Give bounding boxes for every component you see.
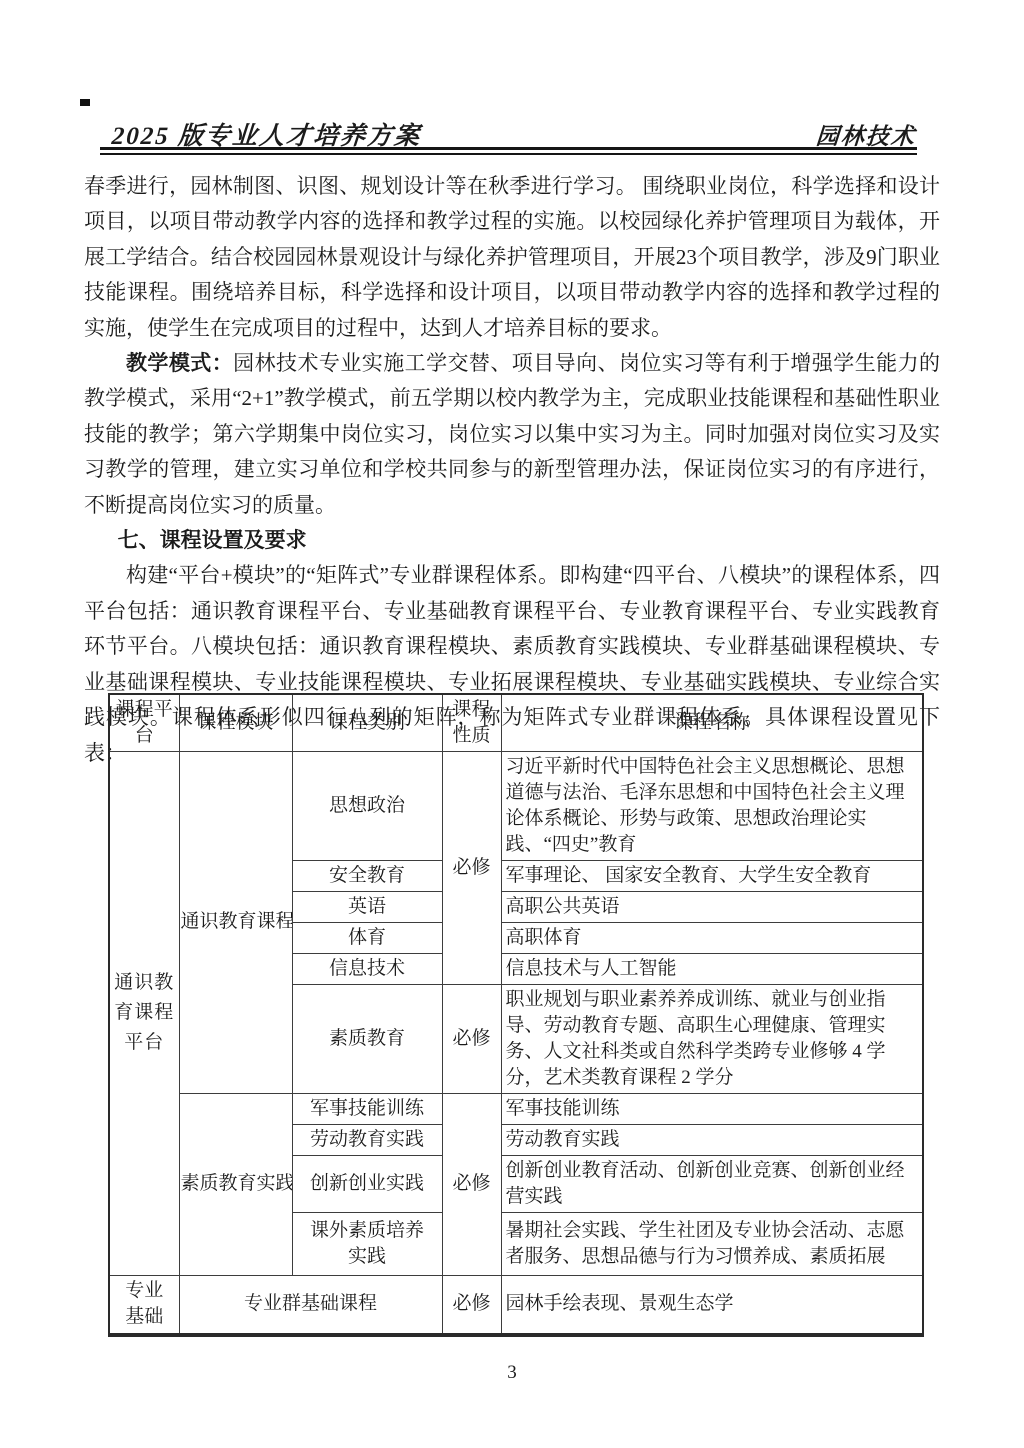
course-table: 课程平台 课程模块 课程类别 课程性质 课程名称 通识教育课程平台 通识教育课程…	[108, 693, 924, 1337]
cell-category: 思想政治	[292, 751, 442, 860]
cell-course-name: 园林手绘表现、景观生态学	[501, 1275, 923, 1335]
cell-category: 课外素质培养实践	[292, 1212, 442, 1275]
paragraph-2-lead: 教学模式：	[126, 351, 233, 375]
header-course-platform: 课程平台	[109, 694, 179, 751]
cell-course-name: 习近平新时代中国特色社会主义思想概论、思想道德与法治、毛泽东思想和中国特色社会主…	[501, 751, 923, 860]
header-course-module: 课程模块	[179, 694, 292, 751]
body-text: 春季进行，园林制图、识图、规划设计等在秋季进行学习。 围绕职业岗位，科学选择和设…	[84, 169, 940, 771]
table-row: 素质教育实践 军事技能训练 必修 军事技能训练	[109, 1093, 923, 1124]
cell-category: 安全教育	[292, 860, 442, 891]
table-row: 通识教育课程平台 通识教育课程 思想政治 必修 习近平新时代中国特色社会主义思想…	[109, 751, 923, 860]
cell-module-general-edu: 通识教育课程	[179, 751, 292, 1093]
cell-module-group-basic: 专业群基础课程	[179, 1275, 442, 1335]
cell-category: 体育	[292, 922, 442, 953]
header-divider	[100, 147, 917, 155]
cell-course-name: 创新创业教育活动、创新创业竞赛、创新创业经营实践	[501, 1155, 923, 1212]
header-course-nature: 课程性质	[442, 694, 501, 751]
cell-nature-required: 必修	[442, 1275, 501, 1335]
cell-category: 军事技能训练	[292, 1093, 442, 1124]
cell-module-quality-practice: 素质教育实践	[179, 1093, 292, 1275]
paragraph-1: 春季进行，园林制图、识图、规划设计等在秋季进行学习。 围绕职业岗位，科学选择和设…	[84, 169, 940, 346]
document-page: 2025 版专业人才培养方案 园林技术 春季进行，园林制图、识图、规划设计等在秋…	[0, 0, 1024, 1448]
paragraph-2: 教学模式：园林技术专业实施工学交替、项目导向、岗位实习等有利于增强学生能力的教学…	[84, 346, 940, 523]
cell-course-name: 信息技术与人工智能	[501, 953, 923, 984]
paragraph-2-text: 园林技术专业实施工学交替、项目导向、岗位实习等有利于增强学生能力的教学模式，采用…	[84, 351, 940, 517]
cell-course-name: 职业规划与职业素养养成训练、就业与创业指导、劳动教育专题、高职生心理健康、管理实…	[501, 984, 923, 1093]
table-row: 专业基础 专业群基础课程 必修 园林手绘表现、景观生态学	[109, 1275, 923, 1335]
section-heading: 七、课程设置及要求	[84, 523, 940, 558]
cell-course-name: 高职体育	[501, 922, 923, 953]
scan-artifact	[80, 99, 90, 106]
cell-platform-general: 通识教育课程平台	[109, 751, 179, 1275]
cell-course-name: 暑期社会实践、学生社团及专业协会活动、志愿者服务、思想品德与行为习惯养成、素质拓…	[501, 1212, 923, 1275]
cell-nature-required: 必修	[442, 984, 501, 1093]
cell-course-name: 劳动教育实践	[501, 1124, 923, 1155]
cell-category: 劳动教育实践	[292, 1124, 442, 1155]
cell-nature-required: 必修	[442, 1093, 501, 1275]
cell-platform-major-basic: 专业基础	[109, 1275, 179, 1335]
header-course-category: 课程类别	[292, 694, 442, 751]
cell-category: 英语	[292, 891, 442, 922]
table-header-row: 课程平台 课程模块 课程类别 课程性质 课程名称	[109, 694, 923, 751]
page-number: 3	[0, 1362, 1024, 1384]
cell-category: 素质教育	[292, 984, 442, 1093]
cell-nature-required: 必修	[442, 751, 501, 984]
cell-category: 创新创业实践	[292, 1155, 442, 1212]
cell-course-name: 军事理论、 国家安全教育、大学生安全教育	[501, 860, 923, 891]
cell-category: 信息技术	[292, 953, 442, 984]
cell-course-name: 军事技能训练	[501, 1093, 923, 1124]
cell-course-name: 高职公共英语	[501, 891, 923, 922]
header-course-name: 课程名称	[501, 694, 923, 751]
